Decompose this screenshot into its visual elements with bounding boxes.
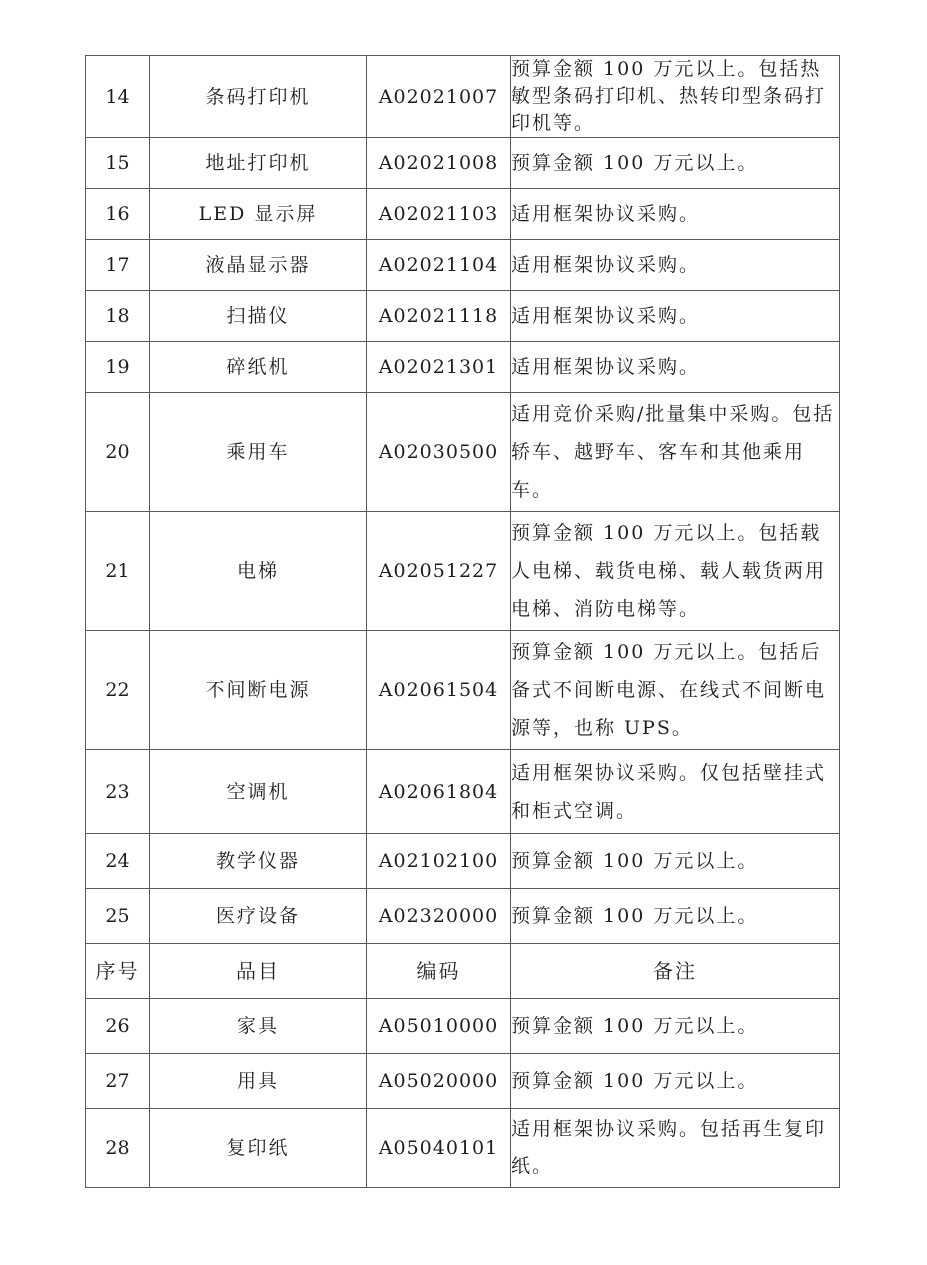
item-name: 教学仪器 bbox=[150, 834, 367, 889]
document-page: 14 条码打印机 A02021007 预算金额 100 万元以上。包括热敏型条码… bbox=[0, 0, 927, 1265]
item-name: LED 显示屏 bbox=[150, 189, 367, 240]
item-code: A02021007 bbox=[367, 56, 511, 138]
table-row: 16 LED 显示屏 A02021103 适用框架协议采购。 bbox=[86, 189, 840, 240]
row-number: 23 bbox=[86, 750, 150, 834]
item-note: 适用竞价采购/批量集中采购。包括轿车、越野车、客车和其他乘用车。 bbox=[511, 393, 840, 512]
item-code: A02021301 bbox=[367, 342, 511, 393]
item-code: A02061804 bbox=[367, 750, 511, 834]
item-note: 预算金额 100 万元以上。 bbox=[511, 999, 840, 1054]
item-code: A02320000 bbox=[367, 889, 511, 944]
item-name: 扫描仪 bbox=[150, 291, 367, 342]
item-note: 适用框架协议采购。 bbox=[511, 240, 840, 291]
item-code: A02021118 bbox=[367, 291, 511, 342]
item-code: A02021008 bbox=[367, 138, 511, 189]
row-number: 24 bbox=[86, 834, 150, 889]
row-number: 14 bbox=[86, 56, 150, 138]
item-name: 用具 bbox=[150, 1054, 367, 1109]
table-row: 15 地址打印机 A02021008 预算金额 100 万元以上。 bbox=[86, 138, 840, 189]
item-name: 地址打印机 bbox=[150, 138, 367, 189]
item-note: 适用框架协议采购。 bbox=[511, 189, 840, 240]
row-number: 20 bbox=[86, 393, 150, 512]
row-number: 22 bbox=[86, 631, 150, 750]
item-note: 适用框架协议采购。 bbox=[511, 342, 840, 393]
item-code: A02030500 bbox=[367, 393, 511, 512]
table-header-row: 序号 品目 编码 备注 bbox=[86, 944, 840, 999]
table-row: 17 液晶显示器 A02021104 适用框架协议采购。 bbox=[86, 240, 840, 291]
item-code: A02102100 bbox=[367, 834, 511, 889]
item-note: 预算金额 100 万元以上。 bbox=[511, 1054, 840, 1109]
item-note: 预算金额 100 万元以上。包括后备式不间断电源、在线式不间断电源等，也称 UP… bbox=[511, 631, 840, 750]
item-name: 复印纸 bbox=[150, 1109, 367, 1188]
row-number: 17 bbox=[86, 240, 150, 291]
procurement-catalog-table: 14 条码打印机 A02021007 预算金额 100 万元以上。包括热敏型条码… bbox=[85, 55, 840, 1188]
item-code: A02061504 bbox=[367, 631, 511, 750]
item-note: 预算金额 100 万元以上。包括热敏型条码打印机、热转印型条码打印机等。 bbox=[511, 56, 840, 138]
header-no: 序号 bbox=[86, 944, 150, 999]
item-note: 适用框架协议采购。仅包括壁挂式和柜式空调。 bbox=[511, 750, 840, 834]
row-number: 28 bbox=[86, 1109, 150, 1188]
table-row: 14 条码打印机 A02021007 预算金额 100 万元以上。包括热敏型条码… bbox=[86, 56, 840, 138]
row-number: 26 bbox=[86, 999, 150, 1054]
item-code: A05010000 bbox=[367, 999, 511, 1054]
table-row: 25 医疗设备 A02320000 预算金额 100 万元以上。 bbox=[86, 889, 840, 944]
row-number: 18 bbox=[86, 291, 150, 342]
item-code: A05020000 bbox=[367, 1054, 511, 1109]
item-name: 乘用车 bbox=[150, 393, 367, 512]
item-name: 不间断电源 bbox=[150, 631, 367, 750]
item-note: 适用框架协议采购。包括再生复印纸。 bbox=[511, 1109, 840, 1188]
table-row: 18 扫描仪 A02021118 适用框架协议采购。 bbox=[86, 291, 840, 342]
table-row: 27 用具 A05020000 预算金额 100 万元以上。 bbox=[86, 1054, 840, 1109]
table-row: 20 乘用车 A02030500 适用竞价采购/批量集中采购。包括轿车、越野车、… bbox=[86, 393, 840, 512]
table-row: 21 电梯 A02051227 预算金额 100 万元以上。包括载人电梯、载货电… bbox=[86, 512, 840, 631]
item-code: A02051227 bbox=[367, 512, 511, 631]
header-code: 编码 bbox=[367, 944, 511, 999]
table-row: 28 复印纸 A05040101 适用框架协议采购。包括再生复印纸。 bbox=[86, 1109, 840, 1188]
item-name: 条码打印机 bbox=[150, 56, 367, 138]
header-item: 品目 bbox=[150, 944, 367, 999]
row-number: 16 bbox=[86, 189, 150, 240]
item-name: 家具 bbox=[150, 999, 367, 1054]
table-row: 19 碎纸机 A02021301 适用框架协议采购。 bbox=[86, 342, 840, 393]
item-note: 预算金额 100 万元以上。 bbox=[511, 889, 840, 944]
item-note: 预算金额 100 万元以上。 bbox=[511, 138, 840, 189]
table-row: 24 教学仪器 A02102100 预算金额 100 万元以上。 bbox=[86, 834, 840, 889]
row-number: 21 bbox=[86, 512, 150, 631]
item-name: 医疗设备 bbox=[150, 889, 367, 944]
item-note: 预算金额 100 万元以上。包括载人电梯、载货电梯、载人载货两用电梯、消防电梯等… bbox=[511, 512, 840, 631]
item-code: A02021103 bbox=[367, 189, 511, 240]
table-row: 26 家具 A05010000 预算金额 100 万元以上。 bbox=[86, 999, 840, 1054]
item-note: 预算金额 100 万元以上。 bbox=[511, 834, 840, 889]
row-number: 19 bbox=[86, 342, 150, 393]
header-note: 备注 bbox=[511, 944, 840, 999]
item-note: 适用框架协议采购。 bbox=[511, 291, 840, 342]
item-name: 碎纸机 bbox=[150, 342, 367, 393]
table-row: 23 空调机 A02061804 适用框架协议采购。仅包括壁挂式和柜式空调。 bbox=[86, 750, 840, 834]
item-name: 电梯 bbox=[150, 512, 367, 631]
row-number: 25 bbox=[86, 889, 150, 944]
item-code: A05040101 bbox=[367, 1109, 511, 1188]
row-number: 27 bbox=[86, 1054, 150, 1109]
item-name: 液晶显示器 bbox=[150, 240, 367, 291]
table-row: 22 不间断电源 A02061504 预算金额 100 万元以上。包括后备式不间… bbox=[86, 631, 840, 750]
item-name: 空调机 bbox=[150, 750, 367, 834]
row-number: 15 bbox=[86, 138, 150, 189]
item-code: A02021104 bbox=[367, 240, 511, 291]
